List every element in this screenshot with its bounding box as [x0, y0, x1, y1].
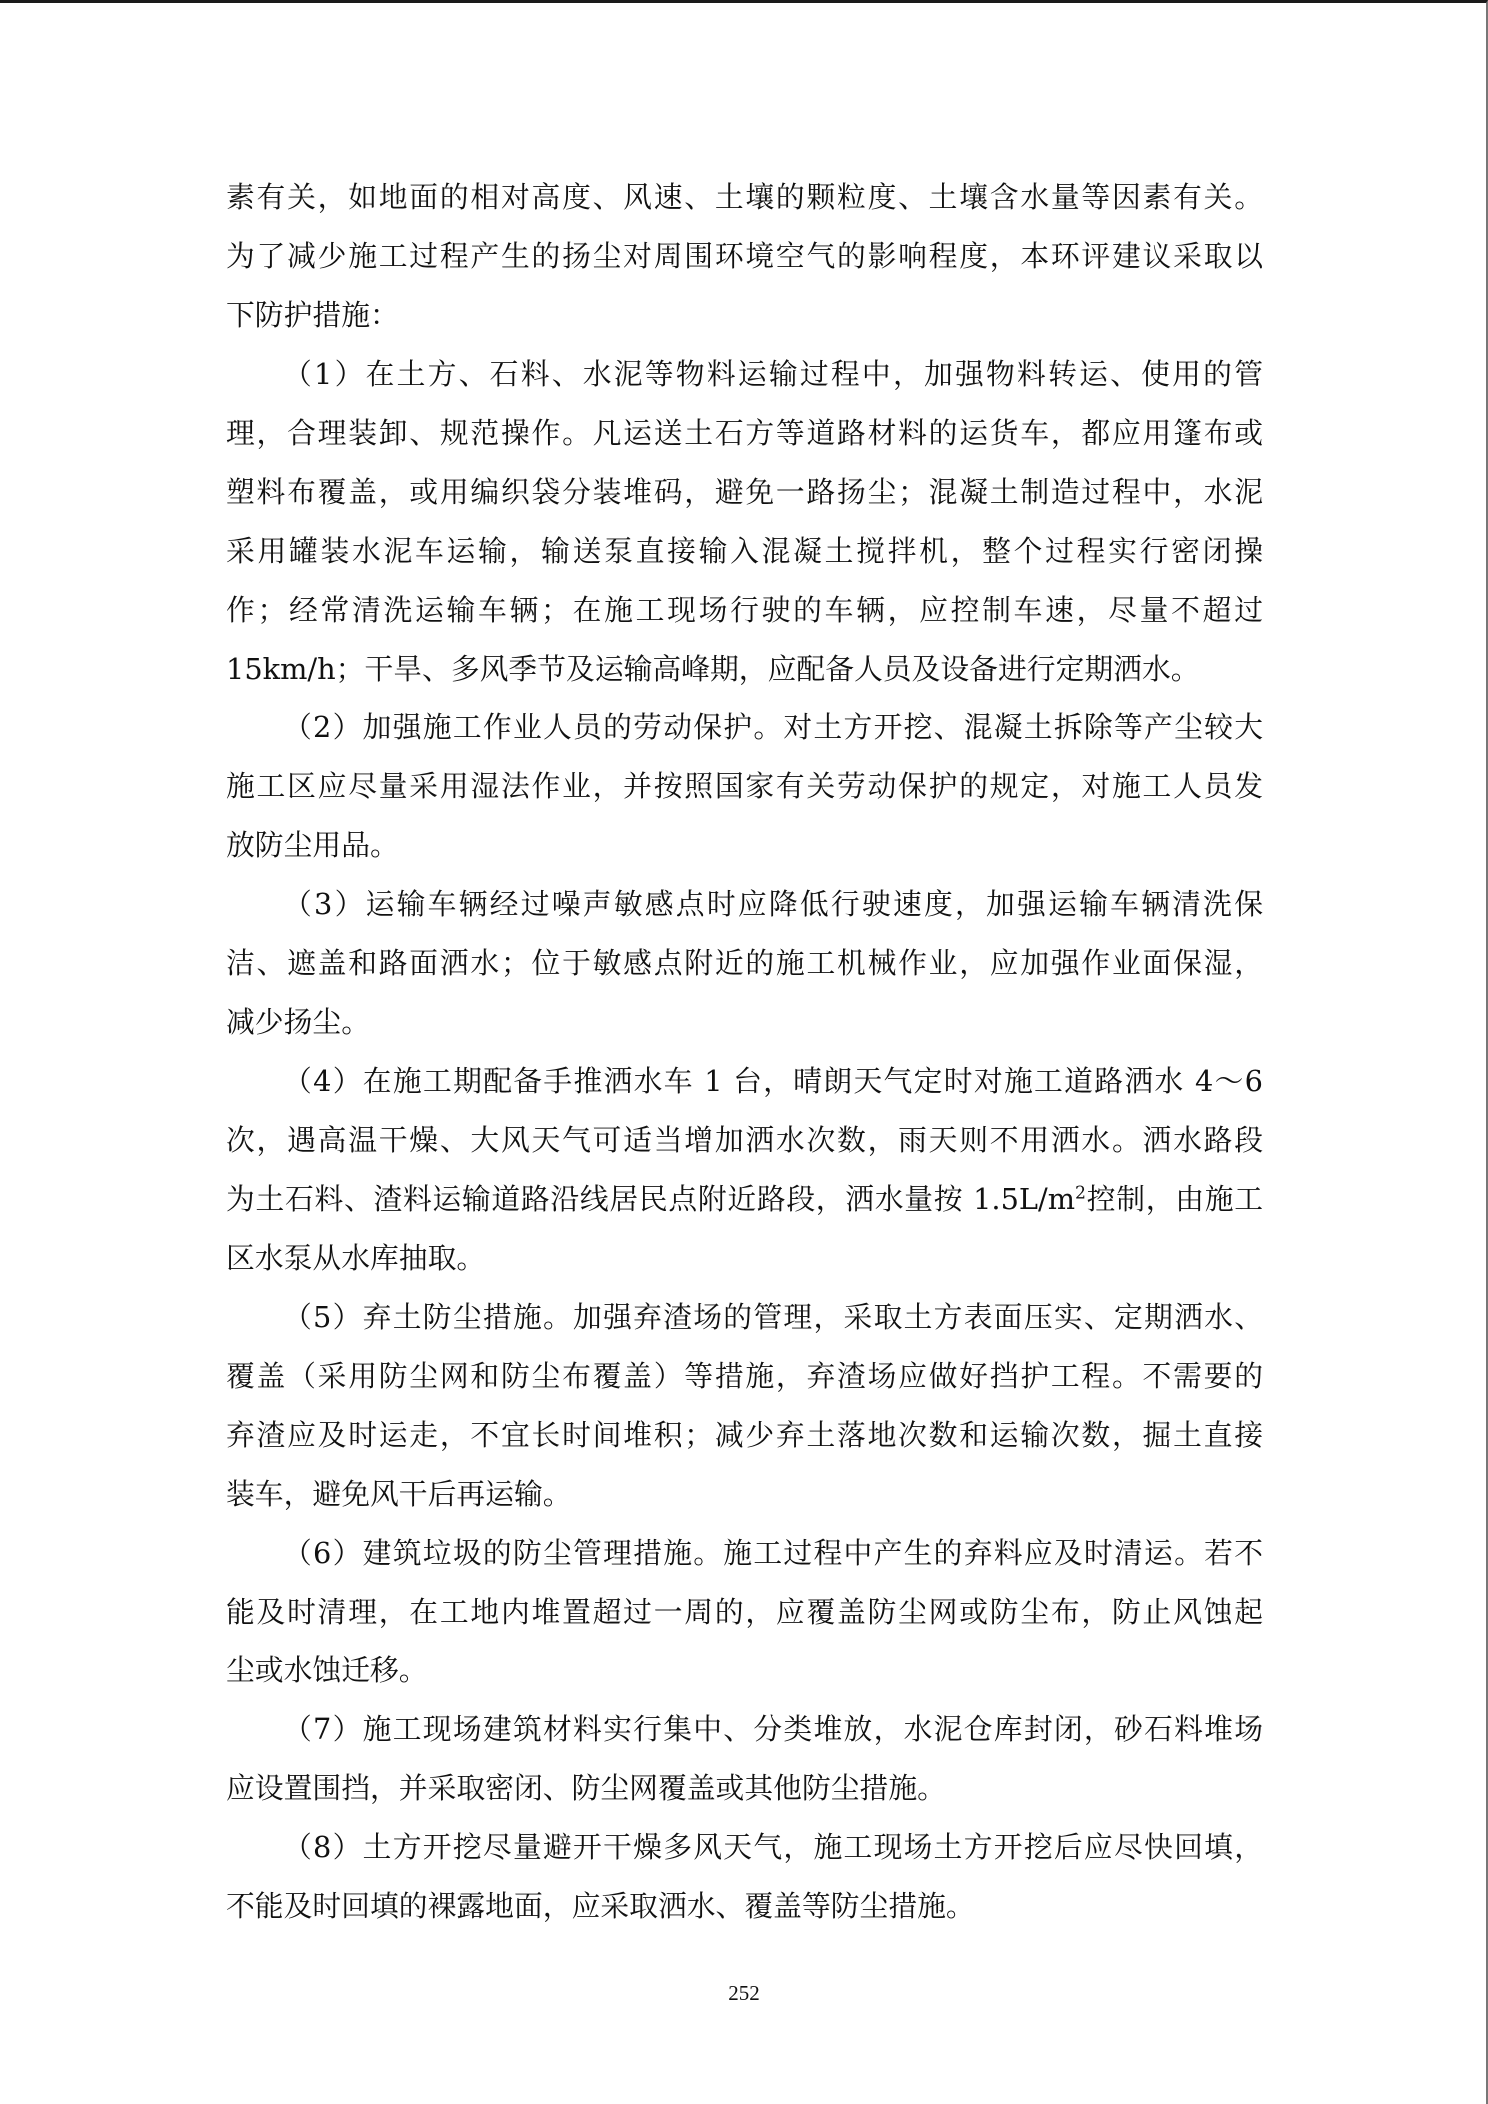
text-line-with-superscript: 为土石料、渣料运输道路沿线居民点附近路段，洒水量按 1.5L/m2控制，由施工 [226, 1170, 1263, 1229]
text-line: 覆盖（采用防尘网和防尘布覆盖）等措施，弃渣场应做好挡护工程。不需要的 [226, 1347, 1263, 1406]
text-segment: 控制，由施工 [1086, 1182, 1263, 1216]
text-line: （3）运输车辆经过噪声敏感点时应降低行驶速度，加强运输车辆清洗保 [226, 875, 1263, 934]
text-line: 装车，避免风干后再运输。 [226, 1465, 1263, 1524]
text-line: （2）加强施工作业人员的劳动保护。对土方开挖、混凝土拆除等产尘较大 [226, 698, 1263, 757]
paragraph-intro: 素有关，如地面的相对高度、风速、土壤的颗粒度、土壤含水量等因素有关。 为了减少施… [226, 168, 1263, 345]
paragraph-measure-7: （7）施工现场建筑材料实行集中、分类堆放，水泥仓库封闭，砂石料堆场 应设置围挡，… [226, 1700, 1263, 1818]
document-page: 素有关，如地面的相对高度、风速、土壤的颗粒度、土壤含水量等因素有关。 为了减少施… [0, 0, 1488, 2104]
text-line: 能及时清理，在工地内堆置超过一周的，应覆盖防尘网或防尘布，防止风蚀起 [226, 1583, 1263, 1642]
text-line: 为了减少施工过程产生的扬尘对周围环境空气的影响程度，本环评建议采取以 [226, 227, 1263, 286]
text-line: （8）土方开挖尽量避开干燥多风天气，施工现场土方开挖后应尽快回填， [226, 1818, 1263, 1877]
text-line: （7）施工现场建筑材料实行集中、分类堆放，水泥仓库封闭，砂石料堆场 [226, 1700, 1263, 1759]
paragraph-measure-6: （6）建筑垃圾的防尘管理措施。施工过程中产生的弃料应及时清运。若不 能及时清理，… [226, 1524, 1263, 1701]
text-line: 作；经常清洗运输车辆；在施工现场行驶的车辆，应控制车速，尽量不超过 [226, 581, 1263, 640]
superscript: 2 [1075, 1184, 1086, 1204]
text-line: 施工区应尽量采用湿法作业，并按照国家有关劳动保护的规定，对施工人员发 [226, 757, 1263, 816]
text-line: 次，遇高温干燥、大风天气可适当增加洒水次数，雨天则不用洒水。洒水路段 [226, 1111, 1263, 1170]
text-line: 洁、遮盖和路面洒水；位于敏感点附近的施工机械作业，应加强作业面保湿， [226, 934, 1263, 993]
page-number: 252 [0, 1981, 1488, 2006]
text-line: 不能及时回填的裸露地面，应采取洒水、覆盖等防尘措施。 [226, 1877, 1263, 1936]
paragraph-measure-2: （2）加强施工作业人员的劳动保护。对土方开挖、混凝土拆除等产尘较大 施工区应尽量… [226, 698, 1263, 875]
text-line: 区水泵从水库抽取。 [226, 1229, 1263, 1288]
text-line: 放防尘用品。 [226, 816, 1263, 875]
paragraph-measure-5: （5）弃土防尘措施。加强弃渣场的管理，采取土方表面压实、定期洒水、 覆盖（采用防… [226, 1288, 1263, 1524]
paragraph-measure-3: （3）运输车辆经过噪声敏感点时应降低行驶速度，加强运输车辆清洗保 洁、遮盖和路面… [226, 875, 1263, 1052]
paragraph-measure-4: （4）在施工期配备手推洒水车 1 台，晴朗天气定时对施工道路洒水 4～6 次，遇… [226, 1052, 1263, 1288]
text-line: （4）在施工期配备手推洒水车 1 台，晴朗天气定时对施工道路洒水 4～6 [226, 1052, 1263, 1111]
text-line: 下防护措施： [226, 286, 1263, 345]
text-line: 素有关，如地面的相对高度、风速、土壤的颗粒度、土壤含水量等因素有关。 [226, 168, 1263, 227]
text-line: 15km/h；干旱、多风季节及运输高峰期，应配备人员及设备进行定期洒水。 [226, 640, 1263, 699]
paragraph-measure-1: （1）在土方、石料、水泥等物料运输过程中，加强物料转运、使用的管 理，合理装卸、… [226, 345, 1263, 699]
text-line: （5）弃土防尘措施。加强弃渣场的管理，采取土方表面压实、定期洒水、 [226, 1288, 1263, 1347]
text-line: 采用罐装水泥车运输，输送泵直接输入混凝土搅拌机，整个过程实行密闭操 [226, 522, 1263, 581]
text-line: 塑料布覆盖，或用编织袋分装堆码，避免一路扬尘；混凝土制造过程中，水泥 [226, 463, 1263, 522]
paragraph-measure-8: （8）土方开挖尽量避开干燥多风天气，施工现场土方开挖后应尽快回填， 不能及时回填… [226, 1818, 1263, 1936]
text-line: （1）在土方、石料、水泥等物料运输过程中，加强物料转运、使用的管 [226, 345, 1263, 404]
text-line: 理，合理装卸、规范操作。凡运送土石方等道路材料的运货车，都应用篷布或 [226, 404, 1263, 463]
text-line: （6）建筑垃圾的防尘管理措施。施工过程中产生的弃料应及时清运。若不 [226, 1524, 1263, 1583]
text-line: 减少扬尘。 [226, 993, 1263, 1052]
text-segment: 为土石料、渣料运输道路沿线居民点附近路段，洒水量按 1.5L/m [226, 1182, 1075, 1216]
text-line: 弃渣应及时运走，不宜长时间堆积；减少弃土落地次数和运输次数，掘土直接 [226, 1406, 1263, 1465]
text-line: 应设置围挡，并采取密闭、防尘网覆盖或其他防尘措施。 [226, 1759, 1263, 1818]
body-text: 素有关，如地面的相对高度、风速、土壤的颗粒度、土壤含水量等因素有关。 为了减少施… [226, 168, 1263, 1936]
text-line: 尘或水蚀迁移。 [226, 1641, 1263, 1700]
